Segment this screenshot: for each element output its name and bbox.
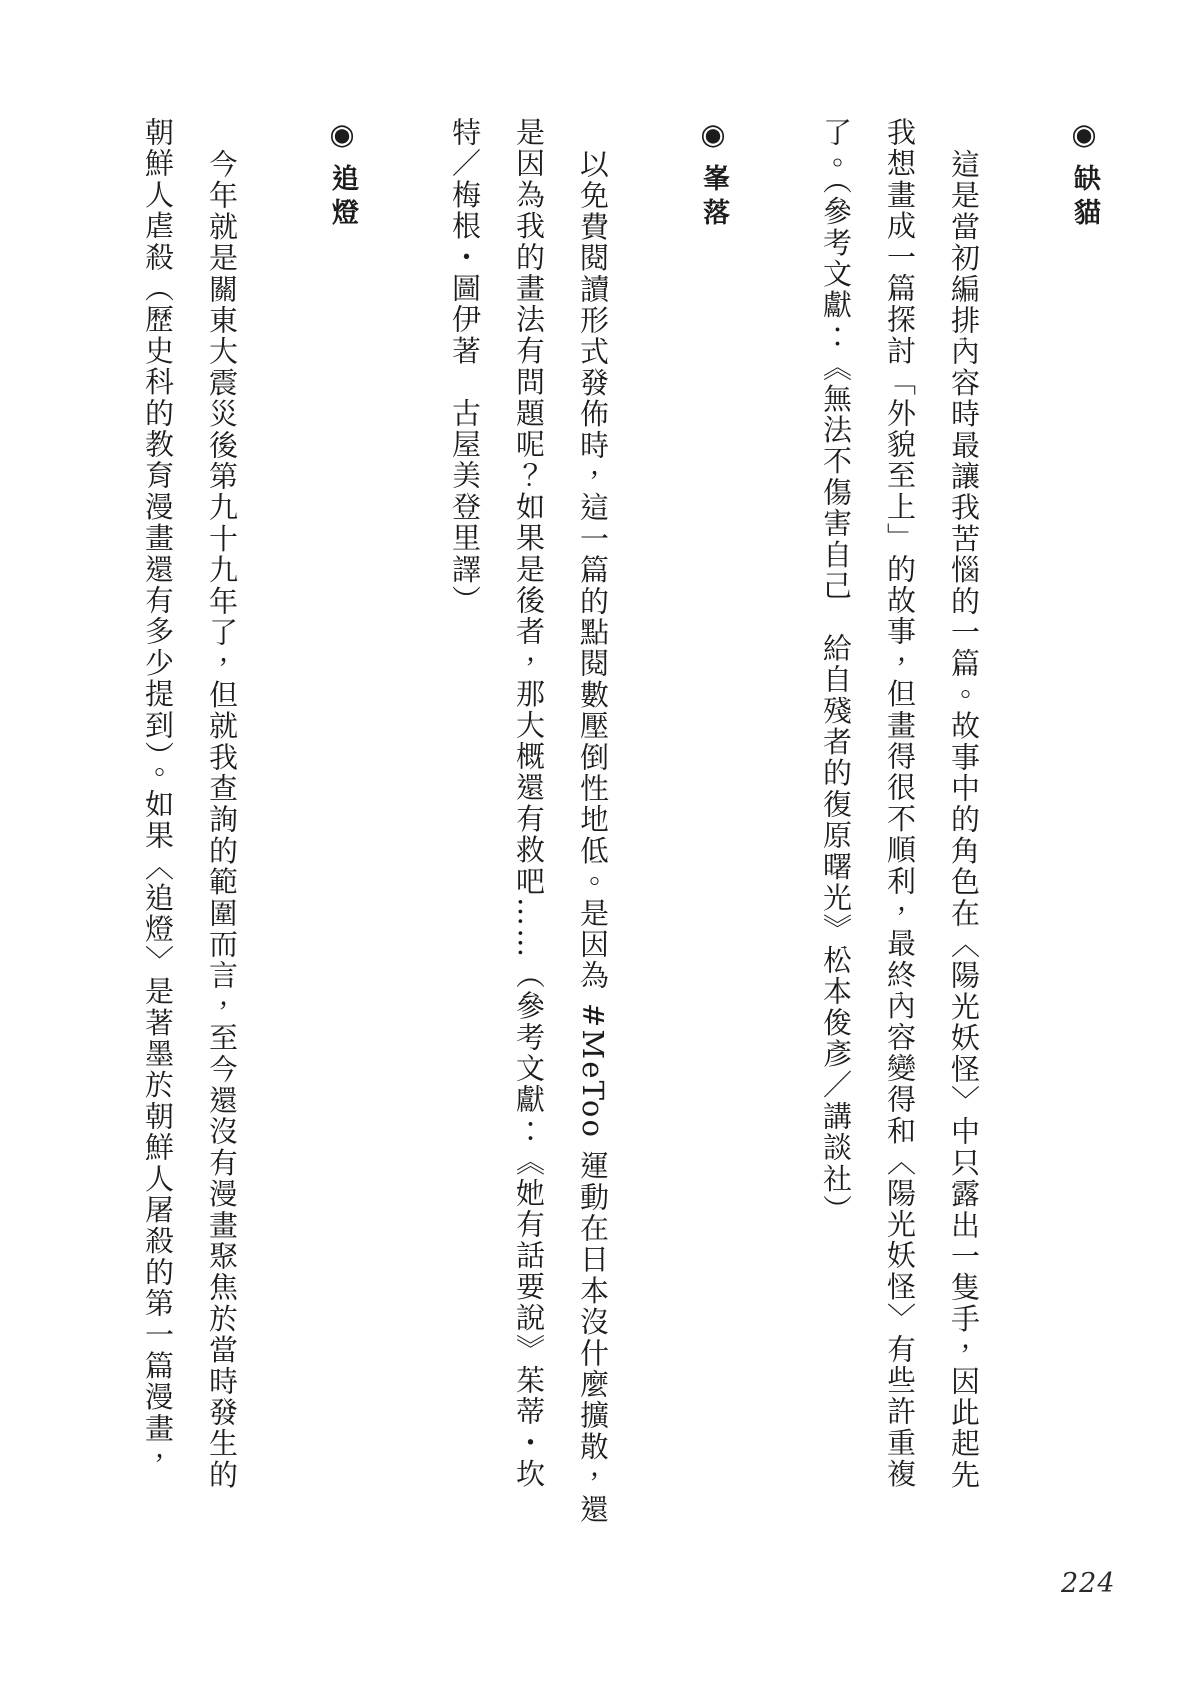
book-page: ◉缺貓這是當初編排內容時最讓我苦惱的一篇。故事中的角色在〈陽光妖怪〉中只露出一隻… — [0, 0, 1200, 1702]
fisheye-bullet-icon: ◉ — [325, 117, 359, 164]
section-0: ◉缺貓這是當初編排內容時最讓我苦惱的一篇。故事中的角色在〈陽光妖怪〉中只露出一隻… — [820, 117, 1101, 1507]
section-header: ◉缺貓 — [1067, 117, 1101, 1507]
page-number: 224 — [1061, 1568, 1116, 1599]
section-2: ◉追燈今年就是關東大震災後第九十九年了，但就我查詢的範圍而言，至今還沒有漫畫聚焦… — [142, 117, 359, 1507]
section-header: ◉峯落 — [696, 117, 730, 1507]
text-column: 以免費閱讀形式發佈時，這一篇的點閱數壓倒性地低。是因為 #MeToo 運動在日本… — [577, 117, 608, 1507]
section-title: 峯落 — [698, 164, 729, 232]
text-column: 這是當初編排內容時最讓我苦惱的一篇。故事中的角色在〈陽光妖怪〉中只露出一隻手，因… — [948, 117, 979, 1507]
section-title: 追燈 — [327, 164, 358, 232]
text-column: 特／梅根・圖伊著 古屋美登里譯） — [449, 117, 480, 1507]
text-column: 今年就是關東大震災後第九十九年了，但就我查詢的範圍而言，至今還沒有漫畫聚焦於當時… — [206, 117, 237, 1507]
section-1: ◉峯落以免費閱讀形式發佈時，這一篇的點閱數壓倒性地低。是因為 #MeToo 運動… — [449, 117, 730, 1507]
section-header: ◉追燈 — [325, 117, 359, 1507]
section-title: 缺貓 — [1069, 164, 1100, 232]
text-column: 了。（參考文獻：《無法不傷害自己 給自殘者的復原曙光》松本俊彥／講談社） — [820, 117, 851, 1507]
text-column: 朝鮮人虐殺（歷史科的教育漫畫還有多少提到）。如果〈追燈〉是著墨於朝鮮人屠殺的第一… — [142, 117, 173, 1507]
fisheye-bullet-icon: ◉ — [1067, 117, 1101, 164]
fisheye-bullet-icon: ◉ — [696, 117, 730, 164]
text-column: 我想畫成一篇探討「外貌至上」的故事，但畫得很不順利，最終內容變得和〈陽光妖怪〉有… — [884, 117, 915, 1507]
text-column: 是因為我的畫法有問題呢？如果是後者，那大概還有救吧……（參考文獻：《她有話要說》… — [513, 117, 544, 1507]
page-content: ◉缺貓這是當初編排內容時最讓我苦惱的一篇。故事中的角色在〈陽光妖怪〉中只露出一隻… — [142, 117, 1101, 1507]
